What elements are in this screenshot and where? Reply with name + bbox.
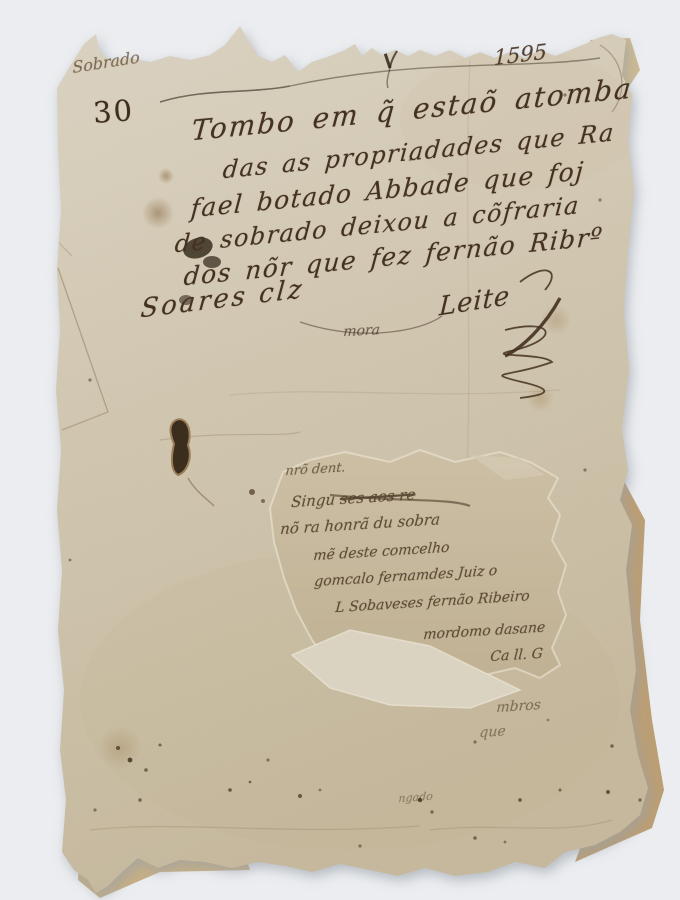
fragment-line-8: Ca ll. G — [490, 646, 544, 665]
folio-number: 30 — [92, 93, 135, 130]
photo-stage: Sobrado 1595 30 Tombo em q̃ estaõ atomba… — [0, 0, 680, 900]
lower-mark-2: que — [479, 723, 506, 741]
lower-mark-3: ngado — [398, 790, 433, 805]
lower-mark-1: mbros — [496, 697, 542, 716]
marginal-note: mora — [343, 322, 381, 340]
fragment-line-2-lead: Singu — [291, 490, 341, 511]
